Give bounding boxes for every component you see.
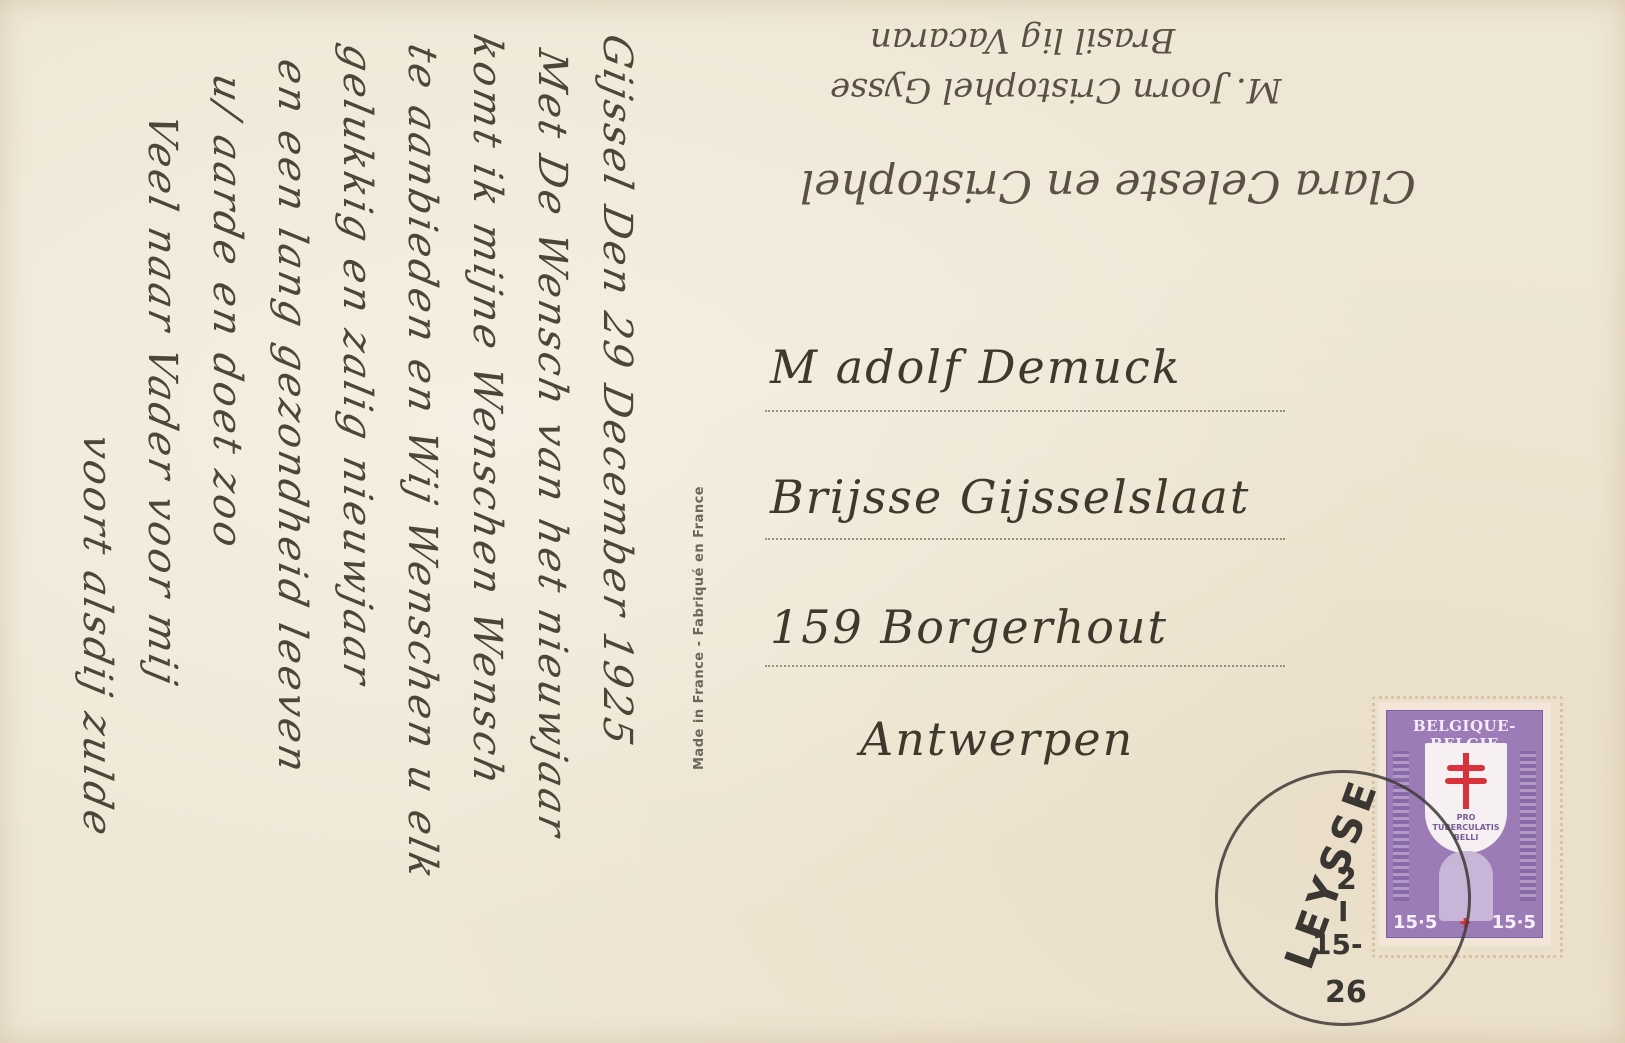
address-name: M adolf Demuck — [770, 340, 1182, 394]
message-line: Veel naar Vader voor mij — [139, 110, 185, 691]
postmark-month: I — [1338, 895, 1348, 928]
message-line: gelukkig en zalig nieuwjaar — [334, 40, 380, 691]
message-line: voort alsdij zulde — [74, 430, 120, 842]
message-line: Gijssel Den 29 December 1925 — [594, 30, 640, 752]
postmark-day: 2 — [1336, 862, 1357, 897]
address-rule — [765, 665, 1285, 667]
message-line: Met De Wensch van het nieuwjaar — [529, 45, 575, 843]
postmark-year: 26 — [1325, 975, 1367, 1010]
address-rule — [765, 410, 1285, 412]
message-line: komt ik mijne Wenschen Wensch — [464, 30, 510, 791]
stamp-pillar-right — [1520, 751, 1536, 901]
double-barred-cross-icon — [1425, 751, 1507, 816]
upside-down-line: M. Joorn Cristophel Gysse — [830, 70, 1282, 110]
address-number-district: 159 Borgerhout — [770, 600, 1168, 654]
upside-down-line: Clara Celeste en Cristophel — [800, 160, 1416, 211]
upside-down-line: Brasil lig Vacaran — [870, 20, 1175, 60]
address-city: Antwerpen — [860, 712, 1134, 766]
message-line: te aanbieden en Wij Wenschen u elk — [399, 40, 445, 885]
message-line: u/ aarde en doet zoo — [204, 70, 250, 554]
postcard-back: Gijssel Den 29 December 1925 Met De Wens… — [0, 0, 1625, 1043]
message-line: en een lang gezondheid leeven — [269, 55, 315, 779]
message-area: Gijssel Den 29 December 1925 Met De Wens… — [40, 20, 670, 1030]
made-in-france-label: Made in France - Fabriqué en France — [692, 230, 707, 770]
address-street: Brijsse Gijsselslaat — [770, 470, 1250, 524]
address-rule — [765, 538, 1285, 540]
postmark-time: 15- — [1312, 928, 1363, 961]
stamp-value-right: 15·5 — [1492, 912, 1536, 933]
